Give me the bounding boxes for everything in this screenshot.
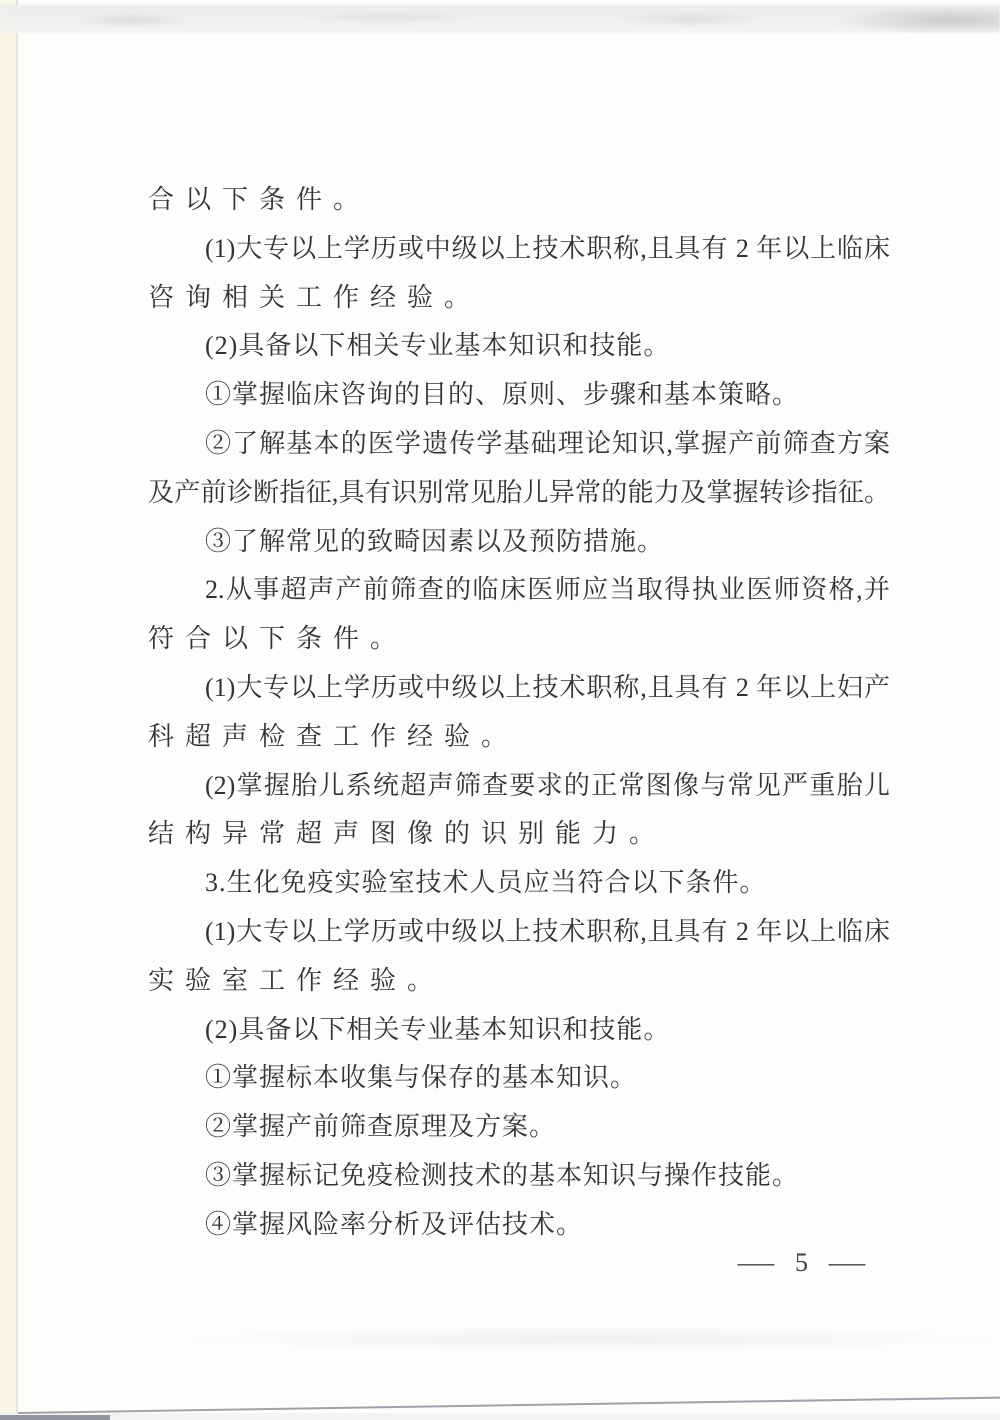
doc-line: ④掌握风险率分析及评估技术。 <box>148 1201 890 1250</box>
doc-line: ②了解基本的医学遗传学基础理论知识,掌握产前筛查方案 <box>148 420 890 469</box>
doc-line: (2)具备以下相关专业基本知识和技能。 <box>148 1006 890 1055</box>
page-number-value: 5 <box>795 1248 808 1278</box>
scanned-page: 合以下条件。(1)大专以上学历或中级以上技术职称,且具有 2 年以上临床咨询相关… <box>0 0 1000 1420</box>
doc-line: ②掌握产前筛查原理及方案。 <box>148 1103 890 1152</box>
doc-line: 实验室工作经验。 <box>148 957 890 1006</box>
page-number-dash-right: — <box>829 1248 865 1278</box>
doc-line: ①掌握标本收集与保存的基本知识。 <box>148 1054 890 1103</box>
doc-line: 咨询相关工作经验。 <box>148 274 890 323</box>
scan-left-edge <box>0 0 18 1413</box>
doc-line: (2)掌握胎儿系统超声筛查要求的正常图像与常见严重胎儿 <box>148 762 890 811</box>
page-number-dash-left: — <box>738 1248 774 1278</box>
scan-streak <box>180 1326 1000 1352</box>
doc-line: 合以下条件。 <box>148 176 890 225</box>
doc-line: 3.生化免疫实验室技术人员应当符合以下条件。 <box>148 859 890 908</box>
doc-line: 及产前诊断指征,具有识别常见胎儿异常的能力及掌握转诊指征。 <box>148 469 890 518</box>
doc-line: (1)大专以上学历或中级以上技术职称,且具有 2 年以上妇产 <box>148 664 890 713</box>
doc-line: ①掌握临床咨询的目的、原则、步骤和基本策略。 <box>148 371 890 420</box>
doc-line: ③掌握标记免疫检测技术的基本知识与操作技能。 <box>148 1152 890 1201</box>
doc-line: ③了解常见的致畸因素以及预防措施。 <box>148 518 890 567</box>
doc-line: (2)具备以下相关专业基本知识和技能。 <box>148 322 890 371</box>
doc-line: (1)大专以上学历或中级以上技术职称,且具有 2 年以上临床 <box>148 908 890 957</box>
scan-bottom-margin <box>0 1413 1000 1420</box>
page-number: — 5 — <box>0 1248 1000 1278</box>
paper-bottom-edge <box>18 1396 1000 1414</box>
scan-bottom-left-mark <box>0 1415 110 1420</box>
document-body: 合以下条件。(1)大专以上学历或中级以上技术职称,且具有 2 年以上临床咨询相关… <box>148 176 890 1250</box>
doc-line: 2.从事超声产前筛查的临床医师应当取得执业医师资格,并 <box>148 566 890 615</box>
doc-line: (1)大专以上学历或中级以上技术职称,且具有 2 年以上临床 <box>148 225 890 274</box>
doc-line: 符合以下条件。 <box>148 615 890 664</box>
doc-line: 结构异常超声图像的识别能力。 <box>148 810 890 859</box>
doc-line: 科超声检查工作经验。 <box>148 713 890 762</box>
scan-top-noise <box>0 5 1000 33</box>
